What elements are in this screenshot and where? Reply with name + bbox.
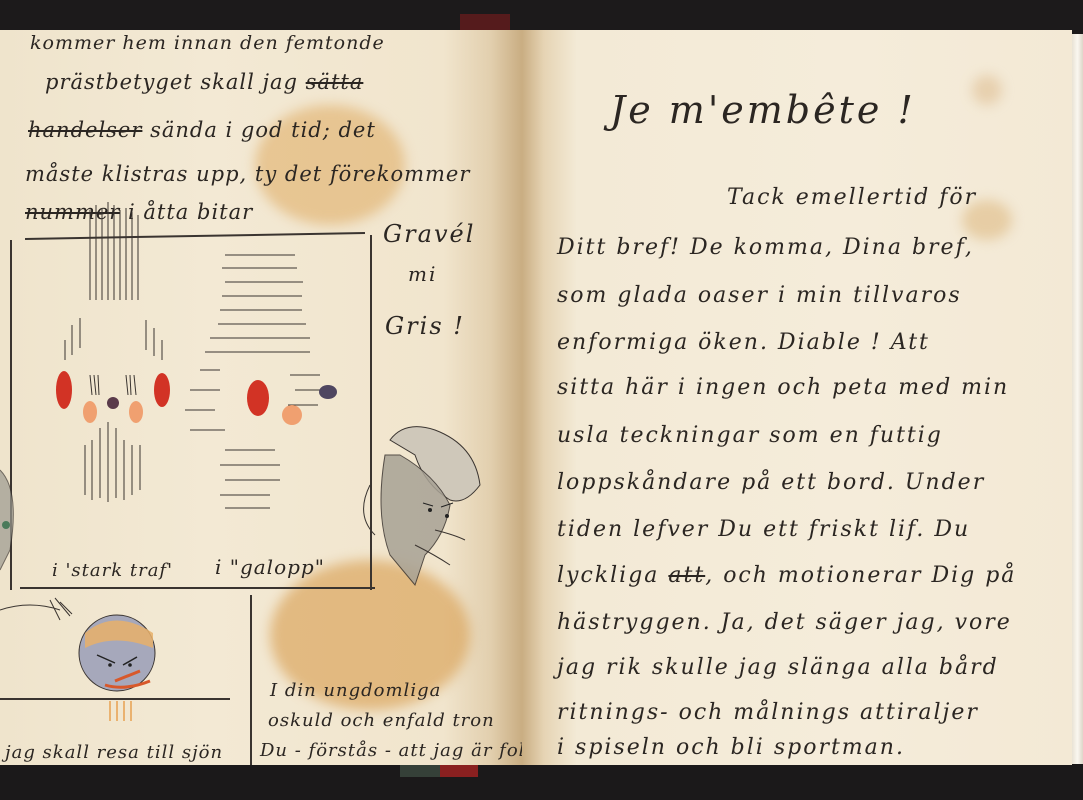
letter-line: enformiga öken. Diable ! Att	[557, 330, 930, 355]
margin-note: Gris !	[385, 312, 465, 340]
letter-line: tiden lefver Du ett friskt lif. Du	[557, 517, 970, 542]
scan-top-border	[0, 0, 1083, 34]
struck-word: handelser	[28, 118, 142, 142]
letter-line: lyckliga att, och motionerar Dig på	[557, 563, 1016, 588]
margin-note: Gravél	[383, 220, 475, 248]
letter-line: loppskåndare på ett bord. Under	[557, 470, 985, 495]
letter-line: jag rik skulle jag slänga alla bård	[557, 655, 999, 680]
sketch-caption: i "galopp"	[215, 555, 325, 579]
handwritten-line: I din ungdomliga	[270, 680, 441, 701]
letter-heading: Je m'embête !	[610, 88, 916, 132]
left-page: kommer hem innan den femtonde prästbetyg…	[0, 30, 522, 767]
book-spine-bottom-green	[400, 765, 440, 777]
struck-word: sätta	[306, 70, 364, 94]
letter-line: ritnings- och målnings attiraljer	[557, 700, 979, 725]
scan-bottom-border	[0, 765, 1083, 800]
man-with-hat-sketch	[355, 415, 495, 595]
letter-line: usla teckningar som en futtig	[557, 423, 943, 448]
handwritten-line: prästbetyget skall jag sätta	[45, 70, 363, 94]
line-text: sända i god tid; det	[142, 118, 375, 142]
letter-line: Ditt bref! De komma, Dina bref,	[557, 235, 974, 260]
right-page: Je m'embête ! Tack emellertid för Ditt b…	[522, 30, 1072, 767]
handwritten-line: måste klistras upp, ty det förekommer	[25, 162, 470, 186]
handwritten-line: kommer hem innan den femtonde	[30, 32, 385, 54]
letter-line: i spiseln och bli sportman.	[557, 735, 905, 760]
letter-line: sitta här i ingen och peta med min	[557, 375, 1009, 400]
angry-face-sketch	[75, 613, 175, 723]
book-spine-bottom-red	[440, 765, 478, 777]
line-text: , och motionerar Dig på	[705, 563, 1016, 588]
line-text: lyckliga	[557, 563, 668, 588]
line-text: prästbetyget skall jag	[45, 70, 306, 94]
margin-note: mi	[408, 262, 437, 286]
letter-line: som glada oaser i min tillvaros	[557, 283, 962, 308]
letter-line: Tack emellertid för	[727, 185, 977, 210]
handwritten-line: handelser sända i god tid; det	[28, 118, 376, 142]
sketch-divider-vertical	[250, 595, 252, 767]
handwritten-line: oskuld och enfald tron	[268, 710, 495, 731]
left-edge-figure-sketch	[0, 450, 80, 630]
handwritten-line: Du - förstås - att jag är folk	[260, 740, 522, 761]
foxing-spot	[972, 75, 1002, 105]
letter-line: hästryggen. Ja, det säger jag, vore	[557, 610, 1012, 635]
handwritten-line: jag skall resa till sjön	[5, 742, 223, 763]
struck-word: att	[668, 563, 705, 588]
horse-face-gallop-sketch	[170, 250, 350, 520]
page-stack-edge	[1072, 34, 1083, 764]
